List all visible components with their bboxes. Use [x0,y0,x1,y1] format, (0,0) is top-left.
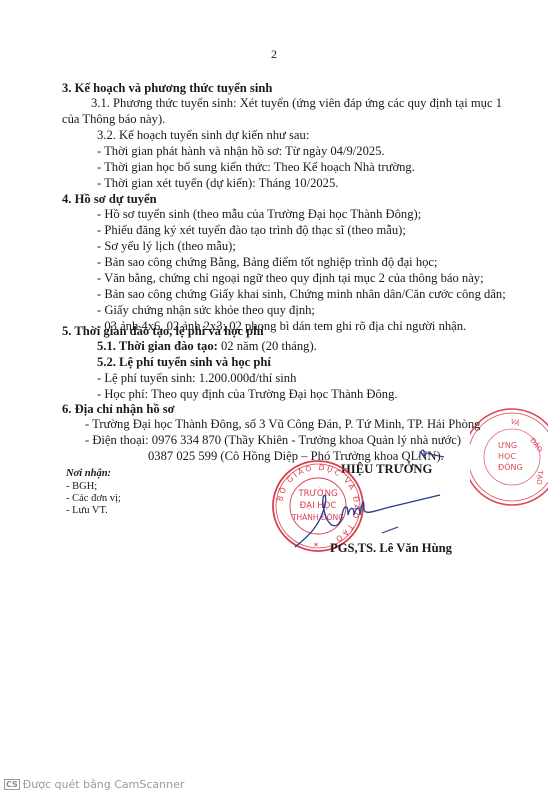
dossier-item: - Hồ sơ tuyển sinh (theo mẫu của Trường … [97,207,421,222]
section-5-1-label: 5.1. Thời gian đào tạo: [97,339,218,353]
plan-item: - Thời gian phát hành và nhận hồ sơ: Từ … [97,144,385,159]
initials-mark-icon [416,446,446,462]
section-5-heading: 5. Thời gian đào tạo, lệ phí và học phí [62,324,264,339]
section-6-heading: 6. Địa chỉ nhận hồ sơ [62,402,175,417]
section-5-1-value: 02 năm (20 tháng). [218,339,317,353]
section-3-1-line-1: 3.1. Phương thức tuyển sinh: Xét tuyển (… [91,96,502,111]
section-3-1-line-2: của Thông báo này). [62,112,165,127]
fee-item: - Học phí: Theo quy định của Trường Đại … [97,387,398,402]
fee-item: - Lệ phí tuyển sinh: 1.200.000đ/thí sinh [97,371,296,386]
svg-text:VÀ: VÀ [509,416,521,428]
svg-text:HỌC: HỌC [498,452,516,461]
svg-text:ĐÔNG: ĐÔNG [498,461,523,472]
signer-name: PGS,TS. Lê Văn Hùng [330,541,452,556]
camscanner-watermark: CS Được quét bằng CamScanner [4,778,184,791]
section-3-2: 3.2. Kế hoạch tuyển sinh dự kiến như sau… [97,128,309,143]
svg-text:TẠO: TẠO [535,469,544,486]
section-4-heading: 4. Hồ sơ dự tuyển [62,192,157,207]
dossier-item: - Sơ yếu lý lịch (theo mẫu); [97,239,236,254]
address-line: - Trường Đại học Thành Đông, số 3 Vũ Côn… [85,417,480,432]
dossier-item: - Giấy chứng nhận sức khỏe theo quy định… [97,303,315,318]
dossier-item: - Bản sao công chứng Bằng, Bảng điểm tốt… [97,255,438,270]
svg-text:ĐÀO: ĐÀO [528,436,545,454]
dossier-item: - Bản sao công chứng Giấy khai sinh, Chứ… [97,287,506,302]
dossier-item: - Văn bằng, chứng chỉ ngoại ngữ theo quy… [97,271,484,286]
plan-item: - Thời gian xét tuyển (dự kiến): Tháng 1… [97,176,338,191]
recipients-label: Nơi nhận: [66,467,111,480]
phone-line-1: - Điện thoại: 0976 334 870 (Thầy Khiên -… [85,433,461,448]
svg-text:ƯNG: ƯNG [498,441,517,450]
page-number: 2 [271,47,277,62]
document-page: 2 3. Kế hoạch và phương thức tuyển sinh … [0,0,548,800]
section-3-heading: 3. Kế hoạch và phương thức tuyển sinh [62,81,272,96]
camscanner-text: Được quét bằng CamScanner [23,778,185,791]
section-5-2-heading: 5.2. Lệ phí tuyển sinh và học phí [97,355,271,370]
recipient-item: - Lưu VT. [66,504,108,517]
plan-item: - Thời gian học bổ sung kiến thức: Theo … [97,160,415,175]
partial-seal-stamp: ƯNG HỌC ĐÔNG VÀ ĐÀO TẠO [470,395,548,525]
section-5-1: 5.1. Thời gian đào tạo: 02 năm (20 tháng… [97,339,317,354]
camscanner-logo-icon: CS [4,779,20,790]
dossier-item: - Phiếu đăng ký xét tuyển đào tạo trình … [97,223,406,238]
